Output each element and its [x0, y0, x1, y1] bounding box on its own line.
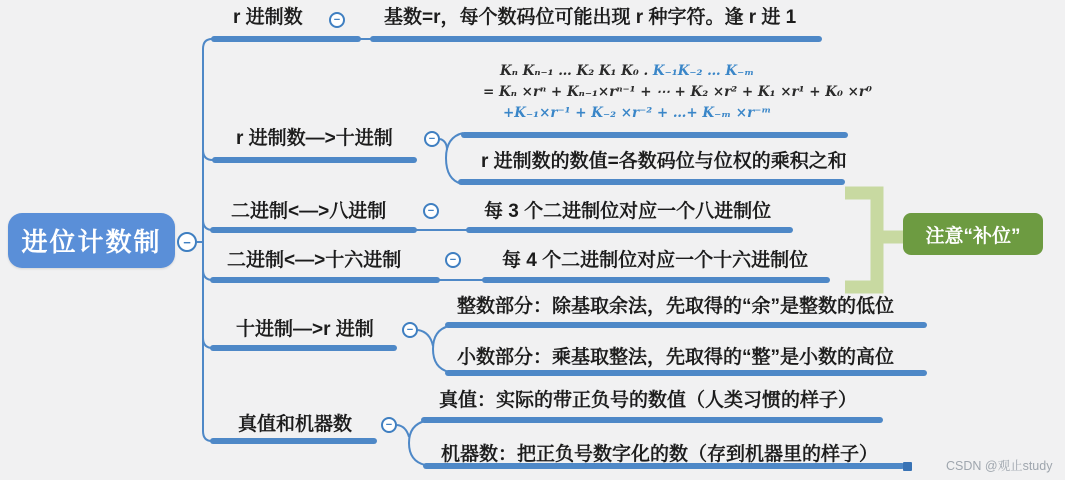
minus-icon: − — [183, 236, 191, 249]
formula-line1-fraction-part: K₋₁K₋₂ … K₋ₘ — [653, 63, 754, 79]
brace-stem-branch6 — [397, 425, 409, 437]
branch6-child2-text[interactable]: 机器数：把正负号数字化的数（存到机器里的样子） — [441, 444, 878, 466]
minus-icon: − — [428, 206, 434, 217]
branch6-label[interactable]: 真值和机器数 — [238, 414, 352, 436]
formula-line1-integer-part: Kₙ Kₙ₋₁ … K₂ K₁ K₀ . — [500, 63, 653, 79]
branch2-value-text[interactable]: r 进制数的数值=各数码位与位权的乘积之和 — [481, 151, 847, 173]
collapse-icon-branch5[interactable]: − — [402, 322, 418, 338]
brace-branch5 — [433, 326, 449, 372]
branch5-child2-text[interactable]: 小数部分：乘基取整法，先取得的“整”是小数的高位 — [457, 347, 894, 369]
branch5-child1-text[interactable]: 整数部分：除基取余法，先取得的“余”是整数的低位 — [457, 296, 894, 318]
minus-icon: − — [407, 325, 413, 336]
formula-line2[interactable]: = Kₙ ×rⁿ + Kₙ₋₁×rⁿ⁻¹ + ⋯ + K₂ ×r² + K₁ ×… — [483, 85, 872, 100]
branch2-label[interactable]: r 进制数—>十进制 — [236, 128, 393, 150]
branch3-label[interactable]: 二进制<—>八进制 — [231, 201, 386, 223]
root-node[interactable]: 进位计数制 — [8, 213, 175, 268]
collapse-icon-branch1[interactable]: − — [329, 12, 345, 28]
bracket-shape — [845, 193, 877, 287]
csdn-logo-icon — [903, 462, 912, 471]
collapse-icon-branch4[interactable]: − — [445, 252, 461, 268]
branch6-child1-text[interactable]: 真值：实际的带正负号的数值（人类习惯的样子） — [439, 390, 857, 412]
formula-line1[interactable]: Kₙ Kₙ₋₁ … K₂ K₁ K₀ . K₋₁K₋₂ … K₋ₘ — [500, 64, 754, 79]
brace-branch2 — [446, 133, 463, 184]
collapse-icon-branch3[interactable]: − — [423, 203, 439, 219]
annotation-label: 注意“补位” — [925, 221, 1020, 248]
branch4-label[interactable]: 二进制<—>十六进制 — [227, 250, 401, 272]
minus-icon: − — [450, 255, 456, 266]
stub-branch2 — [203, 150, 213, 160]
brace-stem-branch5 — [418, 330, 433, 346]
root-label: 进位计数制 — [21, 222, 161, 259]
mindmap-canvas: 进位计数制 − − − − − − − r 进制数 r 进制数—>十进制 二进制… — [0, 0, 1065, 480]
branch1-child-text[interactable]: 基数=r，每个数码位可能出现 r 种字符。逢 r 进 1 — [384, 7, 796, 29]
formula-line3[interactable]: +K₋₁×r⁻¹ + K₋₂ ×r⁻² + …+ K₋ₘ ×r⁻ᵐ — [503, 106, 771, 121]
brace-branch6 — [409, 421, 425, 465]
collapse-icon-root[interactable]: − — [177, 232, 197, 252]
spine — [203, 39, 212, 441]
collapse-icon-branch6[interactable]: − — [381, 417, 397, 433]
collapse-icon-branch2[interactable]: − — [424, 131, 440, 147]
minus-icon: − — [334, 15, 340, 26]
brace-stem-branch2 — [440, 139, 447, 150]
branch3-child-text[interactable]: 每 3 个二进制位对应一个八进制位 — [484, 201, 771, 223]
branch5-label[interactable]: 十进制—>r 进制 — [236, 319, 374, 341]
minus-icon: − — [429, 134, 435, 145]
branch4-child-text[interactable]: 每 4 个二进制位对应一个十六进制位 — [502, 250, 808, 272]
watermark-text: CSDN @观止study — [946, 456, 1052, 474]
annotation-node[interactable]: 注意“补位” — [903, 213, 1043, 255]
minus-icon: − — [386, 420, 392, 431]
summary-bracket — [845, 193, 903, 287]
branch1-label[interactable]: r 进制数 — [233, 7, 303, 29]
